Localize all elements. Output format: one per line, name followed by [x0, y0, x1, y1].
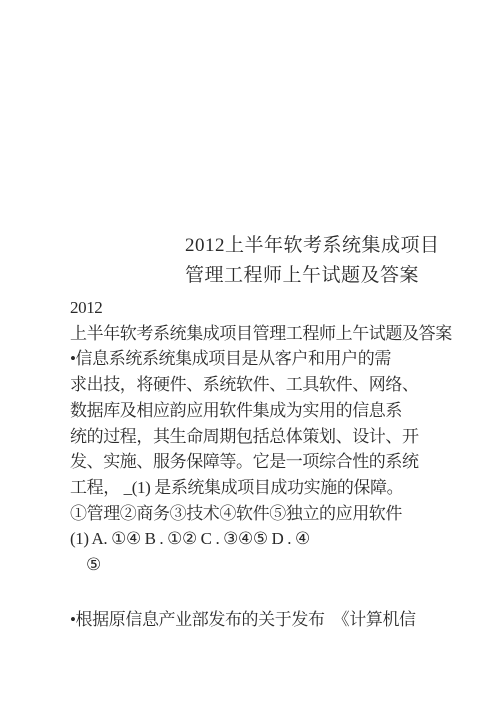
paragraph-line: 发、实施、服务保障等。它是一项综合性的系统 [70, 449, 480, 475]
document-title: 2012上半年软考系统集成项目 管理工程师上午试题及答案 [185, 231, 480, 291]
year-line: 2012 [70, 295, 480, 321]
bullet-paragraph-line: •信息系统系统集成项目是从客户和用户的需 [70, 346, 480, 372]
bullet-paragraph-line: •根据原信息产业部发布的关于发布 《计算机信 [70, 607, 480, 633]
paragraph-line: 统的过程，其生命周期包括总体策划、设计、开 [70, 424, 480, 450]
document-content: 2012上半年软考系统集成项目 管理工程师上午试题及答案 2012 上半年软考系… [70, 231, 480, 632]
document-body: 2012 上半年软考系统集成项目管理工程师上午试题及答案 •信息系统系统集成项目… [70, 295, 480, 632]
choices-list-line: ①管理②商务③技术④软件⑤独立的应用软件 [70, 501, 480, 527]
subtitle-line: 上半年软考系统集成项目管理工程师上午试题及答案 [70, 321, 480, 347]
document-page: 2012上半年软考系统集成项目 管理工程师上午试题及答案 2012 上半年软考系… [0, 0, 500, 708]
paragraph-line: 数据库及相应韵应用软件集成为实用的信息系 [70, 398, 480, 424]
paragraph-line: 求出技，将硬件、系统软件、工具软件、网络、 [70, 372, 480, 398]
question-blank-line: 工程， _(1) 是系统集成项目成功实施的保障。 [70, 475, 480, 501]
answer-options-line: (1) A. ①④ B . ①② C . ③④⑤ D . ④ [70, 526, 480, 552]
answer-options-overflow-line: ⑤ [70, 552, 480, 578]
title-line-1: 2012上半年软考系统集成项目 [185, 231, 480, 261]
title-line-2: 管理工程师上午试题及答案 [185, 261, 480, 291]
